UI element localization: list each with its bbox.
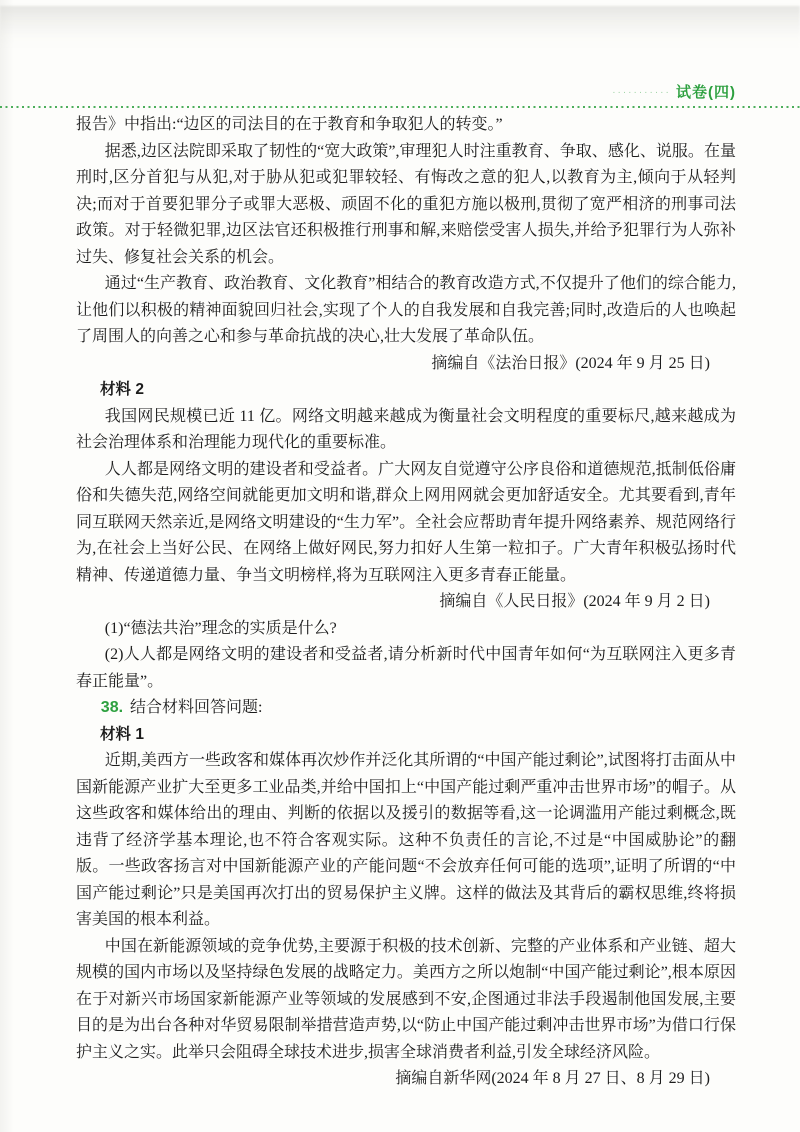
material-1-label: 材料 1 (76, 722, 736, 749)
question-38-heading: 38.结合材料回答问题: (76, 695, 736, 722)
header-leader-dots: ··········· (612, 87, 671, 98)
q37-continuation-line: 报告》中指出:“边区的司法目的在于教育和争取犯人的转变。” (76, 112, 736, 139)
booklet-title: 试卷(四) (676, 84, 736, 101)
question-38-prompt: 结合材料回答问题: (130, 699, 262, 716)
citation-people-daily: 摘编自《人民日报》(2024 年 9 月 2 日) (76, 589, 736, 616)
scan-artifact-top (0, 6, 800, 48)
material-2-label: 材料 2 (76, 377, 736, 404)
question-38-number: 38. (101, 699, 123, 716)
scan-artifact-left (0, 0, 14, 1132)
q37-subquestion-2: (2)人人都是网络文明的建设者和受益者,请分析新时代中国青年如何“为互联网注入更… (76, 642, 736, 695)
page-header: ··········· 试卷(四) (76, 84, 736, 102)
header-dotted-rule (0, 106, 800, 108)
exam-page: ··········· 试卷(四) 报告》中指出:“边区的司法目的在于教育和争取… (0, 0, 800, 1132)
q37-subquestion-1: (1)“德法共治”理念的实质是什么? (76, 616, 736, 643)
page-body: 报告》中指出:“边区的司法目的在于教育和争取犯人的转变。” 据悉,边区法院即采取… (76, 112, 736, 1093)
citation-law-daily: 摘编自《法治日报》(2024 年 9 月 25 日) (76, 351, 736, 378)
material-2-paragraph-2: 人人都是网络文明的建设者和受益者。广大网友自觉遵守公序良俗和道德规范,抵制低俗庸… (76, 457, 736, 590)
citation-xinhua: 摘编自新华网(2024 年 8 月 27 日、8 月 29 日) (76, 1066, 736, 1093)
material-1-paragraph-1: 近期,美西方一些政客和媒体再次炒作并泛化其所谓的“中国产能过剩论”,试图将打击面… (76, 748, 736, 934)
material-1-paragraph-2: 中国在新能源领域的竞争优势,主要源于积极的技术创新、完整的产业体系和产业链、超大… (76, 934, 736, 1067)
q37-paragraph-policy: 据悉,边区法院即采取了韧性的“宽大政策”,审理犯人时注重教育、争取、感化、说服。… (76, 139, 736, 272)
q37-paragraph-education: 通过“生产教育、政治教育、文化教育”相结合的教育改造方式,不仅提升了他们的综合能… (76, 271, 736, 351)
material-2-paragraph-1: 我国网民规模已近 11 亿。网络文明越来越成为衡量社会文明程度的重要标尺,越来越… (76, 404, 736, 457)
